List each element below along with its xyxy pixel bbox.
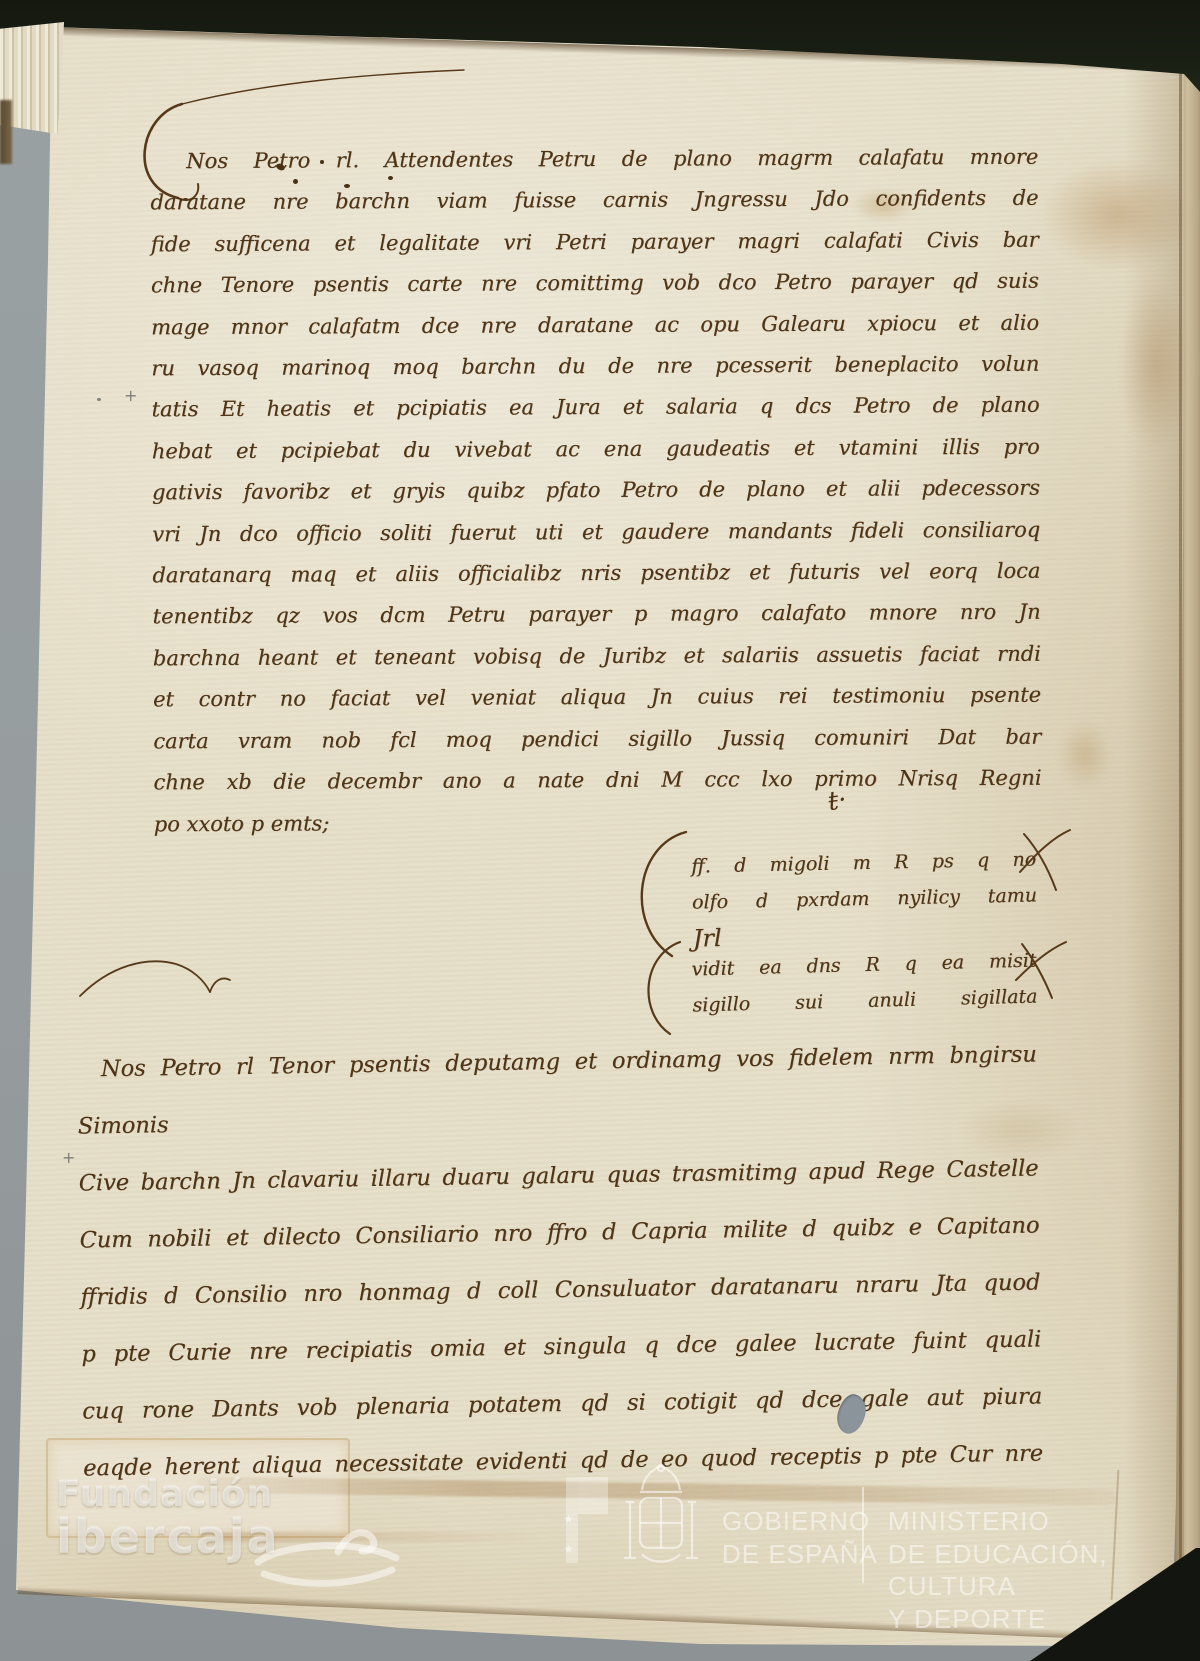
margin-cross-mark: + [62,1148,75,1167]
pencil-dot [97,398,101,401]
text-line: carta vram nob fcl moq pendici sigillo J… [153,716,1041,762]
star-icon: ★ [563,1542,574,1556]
text-line: hebat et pcipiebat du vivebat ac ena gau… [152,427,1040,473]
gobierno-watermark: GOBIERNO DE ESPAÑA [722,1505,878,1570]
swan-logo-icon [252,1518,402,1598]
gobierno-line1: GOBIERNO [722,1505,878,1538]
text-line: po xxoto p emts; [154,799,1042,845]
text-line: daratane nre barchn viam fuisse carnis J… [150,178,1038,224]
margin-cross-mark: + [124,386,137,405]
stain [1058,720,1112,790]
second-text-block: Nos Petro rl Tenor psentis deputamg et o… [76,1026,1043,1497]
text-line: tenentibz qz vos dcm Petru parayer p mag… [153,592,1041,638]
ministerio-watermark: MINISTERIO DE EDUCACIÓN, CULTURA Y DEPOR… [888,1505,1188,1635]
text-line: tatis Et heatis et pcipiatis ea Jura et … [151,385,1039,431]
foundation-watermark: Fundación ibercaja [56,1476,280,1560]
registration-mark: ŧ· [826,785,849,817]
note-bracket-icon [636,938,686,1038]
text-line: vri Jn dco officio soliti fuerut uti et … [152,509,1040,555]
ministerio-line1: MINISTERIO [888,1505,1188,1538]
main-text-block: Nos Petro rl. Attendentes Petru de plano… [150,137,1042,846]
note-flourish-icon [1016,826,1076,896]
ministerio-line2: DE EDUCACIÓN, CULTURA [888,1538,1188,1603]
gobierno-line2: DE ESPAÑA [722,1538,878,1571]
text-line: barchna heant et teneant vobisq de Jurib… [153,634,1041,680]
text-line: olfo d pxrdam nyilicy tamu [692,877,1038,920]
text-line: gativis favoribz et gryis quibz pfato Pe… [152,468,1040,514]
foundation-watermark-line2: ibercaja [56,1514,280,1560]
stain [1042,160,1192,270]
text-line: chne Tenore psentis carte nre comittimg … [151,261,1039,307]
flag-icon [578,1477,608,1514]
manuscript-scan: Nos Petro rl. Attendentes Petru de plano… [0,0,1200,1661]
chancery-note-1: ff. d migoli m R ps q noolfo d pxrdam ny… [691,841,1038,956]
watermark-divider [862,1487,864,1583]
text-line: mage mnor calafatm dce nre daratane ac o… [151,302,1039,348]
text-line: fide sufficena et legalitate vri Petri p… [151,219,1039,265]
text-line: et contr no faciat vel veniat aliqua Jn … [153,675,1041,721]
text-line: Nos Petro rl Tenor psentis deputamg et o… [76,1026,1038,1155]
chancery-note-2: vidit ea dns R q ea misitsigillo sui anu… [691,942,1038,1023]
margin-flourish-icon [76,950,236,1010]
spain-coat-of-arms-icon [622,1462,700,1587]
text-line: ru vasoq marinoq moq barchn du de nre pc… [151,344,1039,390]
text-line: Nos Petro rl. Attendentes Petru de plano… [150,137,1038,183]
note-flourish-icon [1012,938,1072,1004]
ministerio-line3: Y DEPORTE [888,1603,1188,1636]
star-icon: ★ [563,1512,574,1526]
text-line: chne xb die decembr ano a nate dni M ccc… [153,758,1041,804]
foundation-watermark-line1: Fundación [56,1476,280,1514]
binding-sliver [0,100,12,164]
text-line: daratanarq maq et aliis officialibz nris… [152,551,1040,597]
page-edge-line [1179,68,1182,1634]
